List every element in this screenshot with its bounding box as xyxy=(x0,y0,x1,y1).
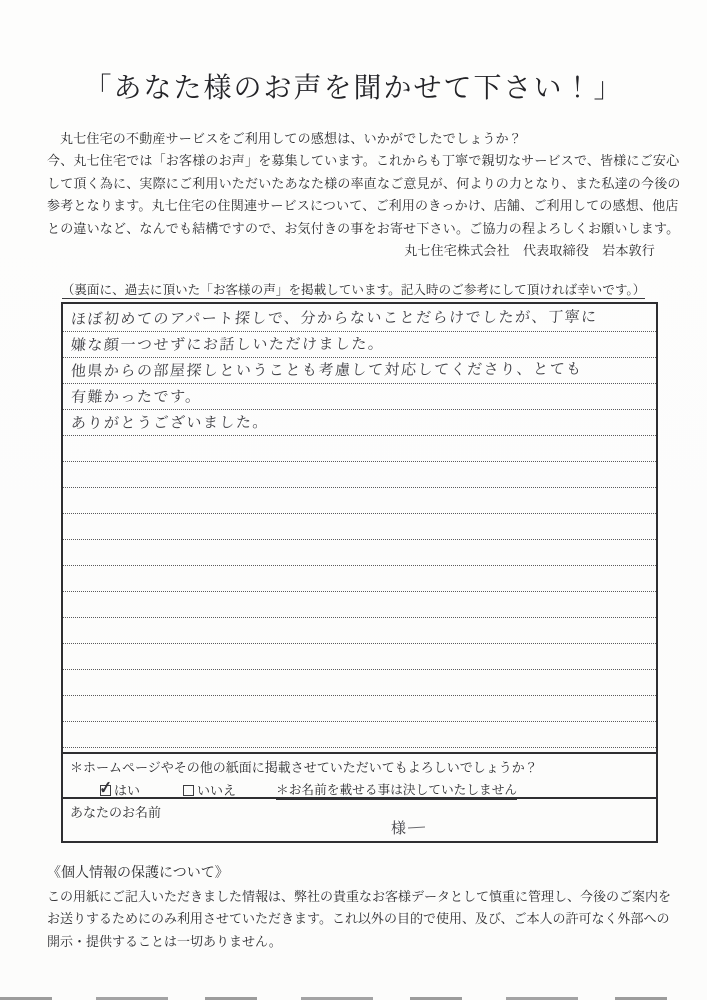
ruled-line xyxy=(63,514,656,540)
ruled-line xyxy=(63,462,656,488)
intro-line: との違いなど、なんでも結構ですので、お気付きの事をお寄せ下さい。ご協力の程よろし… xyxy=(47,218,661,240)
ruled-line xyxy=(63,488,656,514)
intro-line: して頂く為に、実際にご利用いただいたあなた様の率直なご意見が、何よりの力となり、… xyxy=(47,173,661,195)
handwritten-text: ありがとうございました。 xyxy=(63,407,658,437)
privacy-paragraph: この用紙にご記入いただきました情報は、弊社の貴重なお客様データとして慎重に管理し… xyxy=(47,886,661,953)
intro-line: 丸七住宅の不動産サービスをご利用しての感想は、いかがでしたでしょうか？ xyxy=(47,128,661,150)
handwritten-text: 有難かったです。 xyxy=(63,381,658,411)
ruled-line: ありがとうございました。 xyxy=(63,410,656,436)
ruled-line xyxy=(63,592,656,618)
handwritten-text: 嫌な顔一つせずにお話しいただけました。 xyxy=(63,329,658,359)
ruled-line xyxy=(63,722,656,748)
ruled-line xyxy=(63,618,656,644)
privacy-line: お送りするためにのみ利用させていただきます。これ以外の目的で使用、及び、ご本人の… xyxy=(47,908,661,930)
name-section: あなたのお名前 様 xyxy=(63,797,656,841)
checkbox-no-unchecked[interactable] xyxy=(183,785,194,796)
name-field-value[interactable]: 様 xyxy=(391,817,425,838)
publish-permission-section: ＊ホームページやその他の紙面に掲載させていただいてもよろしいでしょうか？ ✓ は… xyxy=(63,752,656,797)
privacy-line: 開示・提供することは一切ありません。 xyxy=(47,931,661,953)
ruled-line xyxy=(63,696,656,722)
handwritten-stroke xyxy=(408,827,425,829)
privacy-heading: 《個人情報の保護について》 xyxy=(47,862,229,882)
intro-paragraph: 丸七住宅の不動産サービスをご利用しての感想は、いかがでしたでしょうか？ 今、丸七… xyxy=(47,128,661,262)
intro-line: 参考となります。丸七住宅の住関連サービスについて、ご利用のきっかけ、店舗、ご利用… xyxy=(47,195,661,217)
name-field-label: あなたのお名前 xyxy=(63,799,656,821)
ruled-line: 有難かったです。 xyxy=(63,384,656,410)
back-page-reference-note: （裏面に、過去に頂いた「お客様の声」を掲載しています。記入時のご参考にして頂けれ… xyxy=(0,279,707,298)
intro-line: 今、丸七住宅では「お客様のお声」を募集しています。これからも丁寧で親切なサービス… xyxy=(47,150,661,172)
name-honorific: 様 xyxy=(391,817,407,838)
scanned-form-page: 「あなた様のお声を聞かせて下さい！」 丸七住宅の不動産サービスをご利用しての感想… xyxy=(0,0,707,1000)
ruled-line xyxy=(63,540,656,566)
publish-question: ＊ホームページやその他の紙面に掲載させていただいてもよろしいでしょうか？ xyxy=(63,754,656,776)
ruled-line: 嫌な顔一つせずにお話しいただけました。 xyxy=(63,332,656,358)
handwritten-text: 他県からの部屋探しということも考慮して対応してくださり、とても xyxy=(63,355,658,385)
privacy-line: この用紙にご記入いただきました情報は、弊社の貴重なお客様データとして慎重に管理し… xyxy=(47,886,661,908)
ruled-line xyxy=(63,644,656,670)
ruled-line xyxy=(63,670,656,696)
ruled-line xyxy=(63,566,656,592)
handwritten-checkmark-icon: ✓ xyxy=(98,777,113,799)
ruled-line: 他県からの部屋探しということも考慮して対応してくださり、とても xyxy=(63,358,656,384)
company-signature: 丸七住宅株式会社 代表取締役 岩本敦行 xyxy=(47,240,661,262)
ruled-line: ほぼ初めてのアパート探しで、分からないことだらけでしたが、丁寧に xyxy=(63,306,656,332)
handwriting-area[interactable]: ほぼ初めてのアパート探しで、分からないことだらけでしたが、丁寧に 嫌な顔一つせず… xyxy=(63,304,656,748)
checkbox-yes-checked[interactable]: ✓ xyxy=(100,785,111,796)
ruled-line xyxy=(63,436,656,462)
handwritten-text: ほぼ初めてのアパート探しで、分からないことだらけでしたが、丁寧に xyxy=(63,303,658,333)
feedback-form-box: ほぼ初めてのアパート探しで、分からないことだらけでしたが、丁寧に 嫌な顔一つせず… xyxy=(61,302,658,843)
page-title: 「あなた様のお声を聞かせて下さい！」 xyxy=(0,66,707,106)
